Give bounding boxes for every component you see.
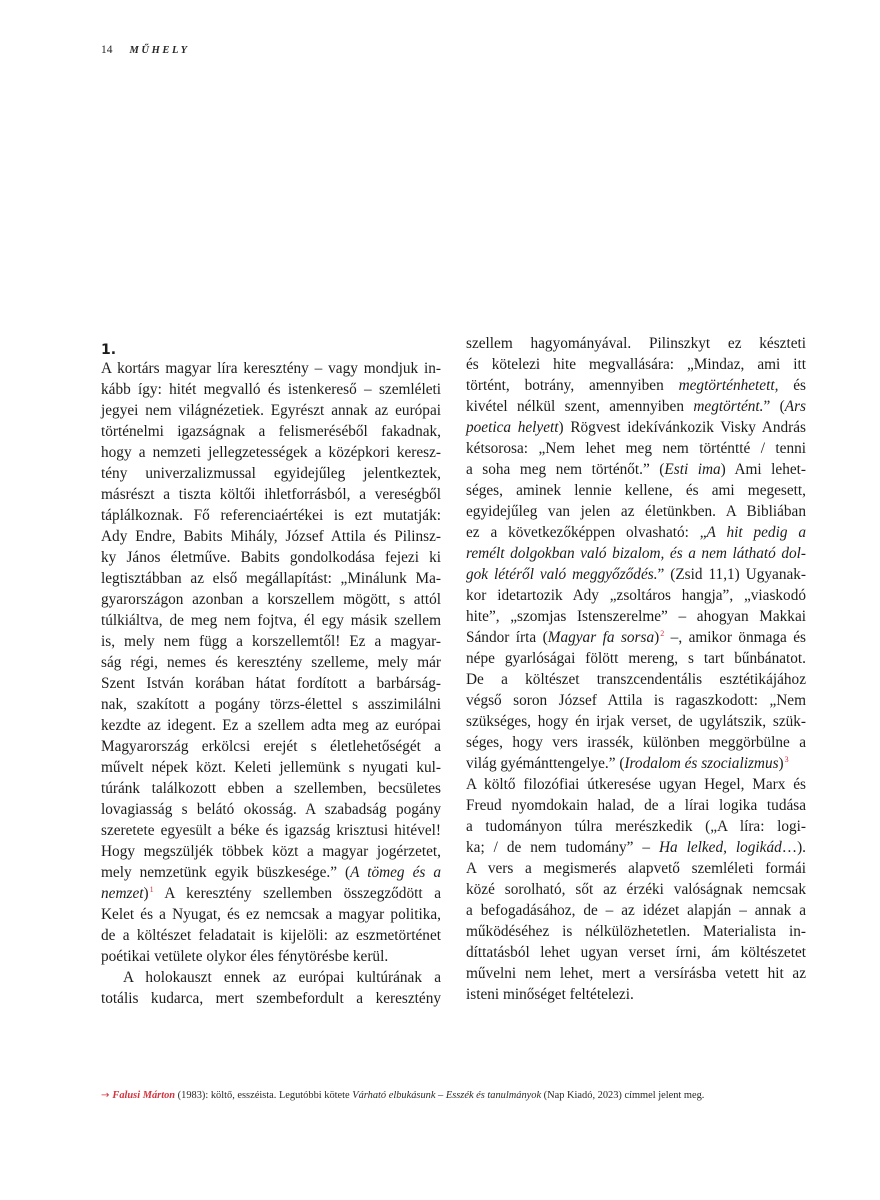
text-line: isteni minőséget feltételezi. — [466, 984, 806, 1005]
text-line: nak, szakított a pogány törzs-élettel s … — [101, 694, 441, 715]
paragraph-2: A holokauszt ennek az európai kultúrának… — [101, 967, 441, 1009]
text-line: szellem hagyományával. Pilinszkyt ez kés… — [466, 333, 806, 354]
text-line: Freud nyomdokain halad, de a lírai logik… — [466, 795, 806, 816]
text-line: közé sorolható, sőt az érzéki valóságnak… — [466, 879, 806, 900]
citation-title: A tömeg és a — [350, 864, 441, 881]
text-line: művelni nem lehet, mert a versírásba vet… — [466, 963, 806, 984]
text-line: kezdte az idegent. Ez a szellem adta meg… — [101, 715, 441, 736]
text-line: kivétel nélkül szent, amennyiben megtört… — [466, 396, 806, 417]
text-line: szükséges, hogy én irjak verset, de ugyl… — [466, 711, 806, 732]
citation-title: nemzet — [101, 885, 143, 902]
text-line: ky János életműve. Babits gondolkodása f… — [101, 547, 441, 568]
text-line: ság régi, nemes és keresztény szelleme, … — [101, 652, 441, 673]
citation-title: Magyar fa sorsa — [548, 629, 654, 646]
citation-title: Irodalom és szocializmus — [624, 755, 778, 772]
text-line: népe gyarlóságai fölött mereng, s tart b… — [466, 648, 806, 669]
text-line: lovagiasság s belátó okosság. A szabadsá… — [101, 799, 441, 820]
text-line: másrészt a tiszta költői ihletforrásból,… — [101, 484, 441, 505]
text-line: a soha meg nem történőt.” (Esti ima) Ami… — [466, 459, 806, 480]
text-line: A holokauszt ennek az európai kultúrának… — [101, 967, 441, 988]
text-line: De a költészet transzcendentális esztéti… — [466, 669, 806, 690]
text-line: mely nemzetünk egyik büszkesége.” (A töm… — [101, 862, 441, 883]
text-line: végső soron József Attila is ragaszkodot… — [466, 690, 806, 711]
running-head: 14 MŰHELY — [101, 44, 190, 56]
arrow-right-icon: → — [101, 1090, 109, 1101]
text-line: nemzet)1 A keresztény szellemben összegz… — [101, 883, 441, 904]
text-line: világ gyémánttengelye.” (Irodalom és szo… — [466, 753, 806, 774]
text-line: tény univerzalizmussal egyidejűleg jelen… — [101, 463, 441, 484]
text-line: kább így: hitét megvalló és istenkereső … — [101, 379, 441, 400]
text-line: Szent István korában hátat fordított a b… — [101, 673, 441, 694]
text-line: történt, botrány, amennyiben megtörténhe… — [466, 375, 806, 396]
author-note: →Falusi Márton (1983): költő, esszéista.… — [101, 1089, 704, 1103]
text-line: totális kudarca, mert szembefordult a ke… — [101, 988, 441, 1009]
citation-title: Ars — [785, 398, 806, 415]
text-line: jegyei nem világnézetiek. Egyrészt annak… — [101, 400, 441, 421]
text-line: kor idetartozik Ady „zsoltáros hangja”, … — [466, 585, 806, 606]
citation-title: poetica helyett — [466, 419, 559, 436]
text-line: Kelet és a Nyugat, és ez nemcsak a magya… — [101, 904, 441, 925]
left-column: 1. A kortárs magyar líra keresztény – va… — [101, 342, 441, 1009]
text-line: séges, hogy vers irassék, különben meggö… — [466, 732, 806, 753]
text-line: A költő filozófiai útkeresése ugyan Hege… — [466, 774, 806, 795]
text-line: is, mely nem függ a korszellemtől! Ez a … — [101, 631, 441, 652]
text-line: hogy a nemzeti jellegzetességek a középk… — [101, 442, 441, 463]
text-line: hite”, „szomjas Istenszerelme” – ahogyan… — [466, 606, 806, 627]
text-line: túlkiáltva, de meg nem fojtva, él egy má… — [101, 610, 441, 631]
author-name: Falusi Márton — [112, 1090, 175, 1101]
text-line: séges, aminek lennie kellene, és ami meg… — [466, 480, 806, 501]
text-line: ka; / de nem tudomány” – Ha lelked, logi… — [466, 837, 806, 858]
text-line: A vers a megismerés alapvető szemléleti … — [466, 858, 806, 879]
text-line: és kötelezi hite megvallására: „Mindaz, … — [466, 354, 806, 375]
footnote-marker[interactable]: 3 — [785, 755, 789, 764]
text-line: túránk találkozott ebben a szellemben, b… — [101, 778, 441, 799]
page-number: 14 — [101, 44, 113, 56]
text-line: A kortárs magyar líra keresztény – vagy … — [101, 358, 441, 379]
text-line: táplálkoznak. Fő referenciaértékei is ez… — [101, 505, 441, 526]
text-line: díttatásból lehet ugyan verset írni, ám … — [466, 942, 806, 963]
text-line: remélt dolgokban való bizalom, és a nem … — [466, 543, 806, 564]
text-line: Magyarország erkölcsi erejét s életlehet… — [101, 736, 441, 757]
text-line: Sándor írta (Magyar fa sorsa)2 –, amikor… — [466, 627, 806, 648]
text-line: szeretete egyesült a béke és igazság kri… — [101, 820, 441, 841]
paragraph-1: A kortárs magyar líra keresztény – vagy … — [101, 358, 441, 967]
text-line: poetica helyett) Rögvest idekívánkozik V… — [466, 417, 806, 438]
text-line: Hogy megszüljék többek közt a magyar jog… — [101, 841, 441, 862]
section-number: 1. — [101, 342, 441, 358]
citation-title: Esti ima — [664, 461, 720, 478]
text-line: de a költészet feladatait is kijelöli: a… — [101, 925, 441, 946]
text-line: gyarországon azonban a korszellem mögött… — [101, 589, 441, 610]
text-line: kétsorosa: „Nem lehet meg nem történtté … — [466, 438, 806, 459]
text-line: a befogadásához, de – az idézet alapján … — [466, 900, 806, 921]
text-line: működéséhez is nélkülözhetetlen. Materia… — [466, 921, 806, 942]
text-line: történelmi igazságnak a felismeréséből f… — [101, 421, 441, 442]
text-line: poétikai vetülete olykor éles fénytörésb… — [101, 946, 441, 967]
text-line: ez a következőképpen olvasható: „A hit p… — [466, 522, 806, 543]
book-title: Várható elbukásunk – Esszék és tanulmány… — [352, 1090, 541, 1101]
citation-title: Ha lelked, logikád — [659, 839, 782, 856]
text-line: gok létéről való meggyőződés.” (Zsid 11,… — [466, 564, 806, 585]
text-line: egyidejűleg van jelen az életünkben. A B… — [466, 501, 806, 522]
text-line: Ady Endre, Babits Mihály, József Attila … — [101, 526, 441, 547]
text-line: a tudományon túlra merészkedik („A líra:… — [466, 816, 806, 837]
right-column: szellem hagyományával. Pilinszkyt ez kés… — [466, 333, 806, 1005]
text-line: legtisztábban az első megállapítást: „Mi… — [101, 568, 441, 589]
text-line: művelt népek közt. Keleti jellemünk s ny… — [101, 757, 441, 778]
section-title: MŰHELY — [130, 45, 190, 56]
